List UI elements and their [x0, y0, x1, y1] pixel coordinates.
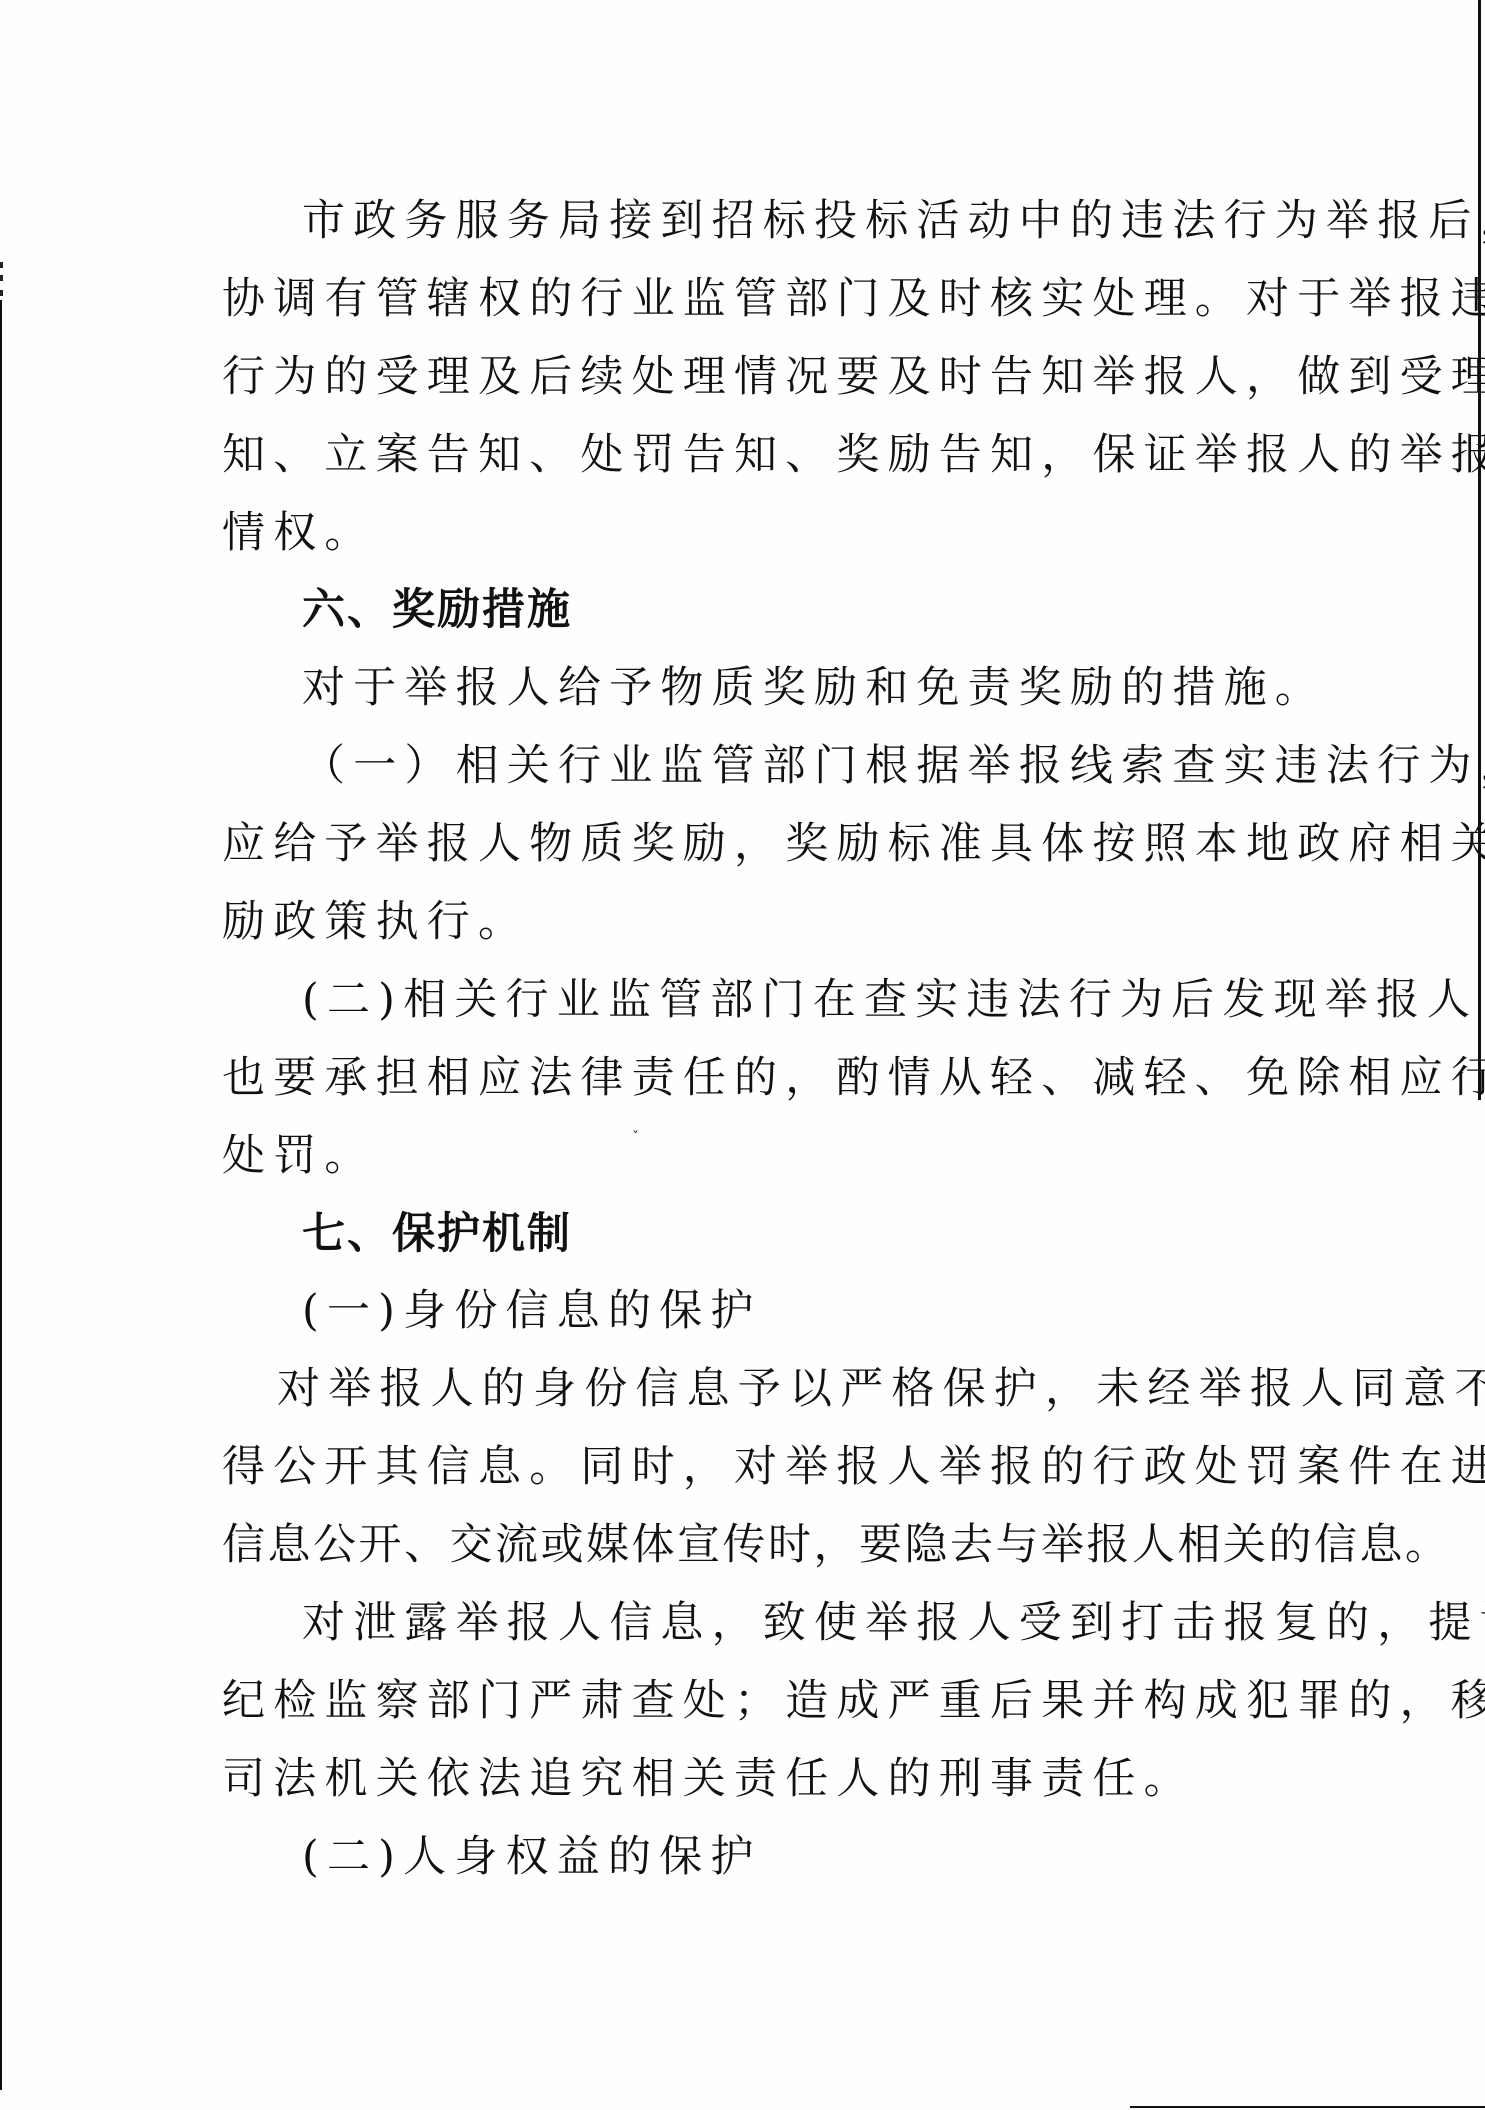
paragraph-line: 处罚。	[222, 1118, 1257, 1196]
paragraph-line: 情权。	[222, 495, 1257, 573]
paragraph-line: 行为的受理及后续处理情况要及时告知举报人，做到受理告	[222, 339, 1257, 417]
scan-edge-left	[0, 300, 2, 2090]
paragraph-line: 应给予举报人物质奖励，奖励标准具体按照本地政府相关奖	[222, 806, 1257, 884]
paragraph-line: 市政务服务局接到招标投标活动中的违法行为举报后，	[222, 183, 1257, 261]
paragraph-line: 信息公开、交流或媒体宣传时，要隐去与举报人相关的信息。	[222, 1507, 1257, 1585]
paragraph-line: 得公开其信息。同时，对举报人举报的行政处罚案件在进行	[222, 1429, 1257, 1507]
paragraph-line: 对举报人的身份信息予以严格保护，未经举报人同意不	[222, 1351, 1257, 1429]
scanned-page: 市政务服务局接到招标投标活动中的违法行为举报后， 协调有管辖权的行业监管部门及时…	[0, 0, 1485, 2110]
paragraph-line: 纪检监察部门严肃查处；造成严重后果并构成犯罪的，移交	[222, 1663, 1257, 1741]
paragraph-line: 知、立案告知、处罚告知、奖励告知，保证举报人的举报知	[222, 417, 1257, 495]
stray-pen-mark: ˇ	[632, 1130, 639, 1146]
paragraph-line: （一）相关行业监管部门根据举报线索查实违法行为，	[222, 728, 1257, 806]
scan-artifact	[0, 290, 3, 296]
section-heading-protection: 七、保护机制	[222, 1196, 1257, 1274]
paragraph-line: 司法机关依法追究相关责任人的刑事责任。	[222, 1741, 1257, 1819]
paragraph-line: 励政策执行。	[222, 884, 1257, 962]
scan-edge-bottom	[1130, 2106, 1485, 2108]
paragraph-line: 对泄露举报人信息，致使举报人受到打击报复的，提请	[222, 1585, 1257, 1663]
paragraph-line: 对于举报人给予物质奖励和免责奖励的措施。	[222, 650, 1257, 728]
scan-artifact	[0, 262, 3, 268]
scan-artifact	[0, 275, 3, 281]
scan-edge-right	[1478, 0, 1481, 1100]
paragraph-line: (二)相关行业监管部门在查实违法行为后发现举报人	[222, 962, 1257, 1040]
document-body: 市政务服务局接到招标投标活动中的违法行为举报后， 协调有管辖权的行业监管部门及时…	[222, 183, 1257, 1897]
section-heading-rewards: 六、奖励措施	[222, 572, 1257, 650]
paragraph-line: 协调有管辖权的行业监管部门及时核实处理。对于举报违法	[222, 261, 1257, 339]
paragraph-line: 也要承担相应法律责任的，酌情从轻、减轻、免除相应行政	[222, 1040, 1257, 1118]
subsection-heading-personal-rights: (二)人身权益的保护	[222, 1819, 1257, 1897]
subsection-heading-identity: (一)身份信息的保护	[222, 1273, 1257, 1351]
